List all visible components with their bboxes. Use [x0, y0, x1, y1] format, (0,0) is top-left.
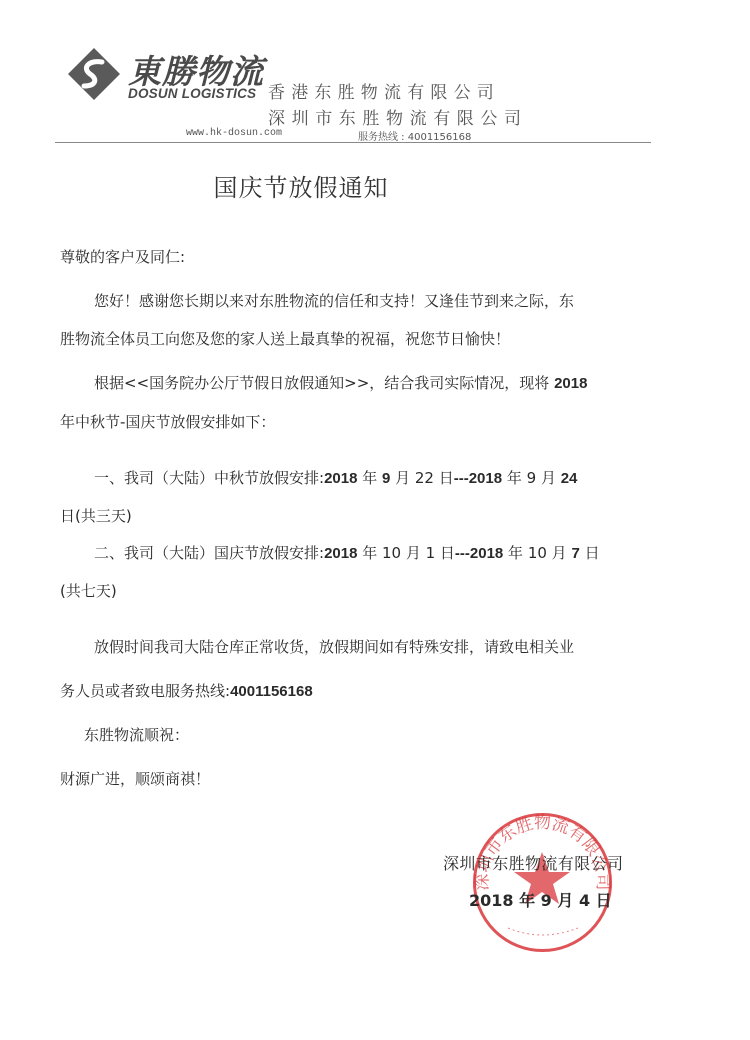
holiday-item-mid-autumn-duration: 日(共三天) — [60, 505, 132, 526]
logo-english-name: DOSUN LOGISTICS — [128, 86, 256, 101]
basis-year: 2018 — [554, 375, 587, 392]
item1-end-day: 24 — [561, 470, 578, 487]
notice-line-2: 务人员或者致电服务热线:4001156168 — [60, 680, 313, 701]
page-title-text: 国庆节放假通知 — [214, 168, 389, 203]
closing-line-1: 东胜物流顺祝： — [84, 724, 189, 745]
signature-company: 深圳市东胜物流有限公司 — [443, 851, 623, 874]
logo-icon — [66, 46, 122, 102]
header-hotline: 服务热线 : 4001156168 — [358, 128, 471, 143]
item1-start-year: 2018 — [324, 470, 357, 487]
signature-date: 2018 年 9 月 4 日 — [469, 888, 612, 911]
holiday-item-national-day: 二、我司（大陆）国庆节放假安排:2018 年 10 月 1 日---2018 年… — [94, 542, 600, 563]
salutation: 尊敬的客户及同仁: — [60, 246, 185, 267]
basis-line-2: 年中秋节-国庆节放假安排如下： — [60, 411, 275, 432]
item2-end-month: 年 10 月 — [503, 544, 571, 562]
company-name-sz: 深圳市东胜物流有限公司 — [268, 104, 528, 129]
holiday-item-national-day-duration: (共七天) — [60, 580, 117, 601]
header-divider — [55, 142, 651, 143]
notice-hotline-number: 4001156168 — [230, 683, 313, 700]
item1-start-day: 月 22 日 — [390, 469, 453, 487]
basis-line-1: 根据<<国务院办公厅节假日放假通知>>，结合我司实际情况，现将 2018 — [94, 372, 587, 393]
website-link[interactable]: www.hk-dosun.com — [186, 128, 282, 139]
item1-label: 一、我司（大陆）中秋节放假安排: — [94, 469, 324, 487]
item1-end-year: ---2018 — [454, 470, 502, 487]
item2-end-day: 7 — [571, 545, 579, 562]
item2-end-year: ---2018 — [455, 545, 503, 562]
item2-day-suffix: 日 — [580, 544, 600, 562]
item1-text-year: 年 — [357, 469, 382, 487]
item2-start-year: 2018 — [324, 545, 357, 562]
notice-line-1: 放假时间我司大陆仓库正常收货，放假期间如有特殊安排，请致电相关业 — [94, 636, 574, 657]
holiday-item-mid-autumn: 一、我司（大陆）中秋节放假安排:2018 年 9 月 22 日---2018 年… — [94, 467, 577, 488]
company-seal-stamp: 深圳市东胜物流有限公司 — [470, 810, 615, 955]
company-name-hk: 香港东胜物流有限公司 — [268, 78, 500, 103]
page-title: 国庆节放假通知 — [0, 168, 750, 203]
notice-text: 务人员或者致电服务热线: — [60, 682, 230, 700]
closing-line-2: 财源广进，顺颂商祺！ — [60, 768, 210, 789]
item1-end-month: 年 9 月 — [502, 469, 561, 487]
greeting-line-2: 胜物流全体员工向您及您的家人送上最真挚的祝福，祝您节日愉快！ — [60, 328, 510, 349]
item2-start-date: 年 10 月 1 日 — [357, 544, 454, 562]
basis-text: 根据<<国务院办公厅节假日放假通知>>，结合我司实际情况，现将 — [94, 374, 549, 392]
greeting-line-1: 您好！感谢您长期以来对东胜物流的信任和支持！又逢佳节到来之际，东 — [94, 290, 574, 311]
item2-label: 二、我司（大陆）国庆节放假安排: — [94, 544, 324, 562]
